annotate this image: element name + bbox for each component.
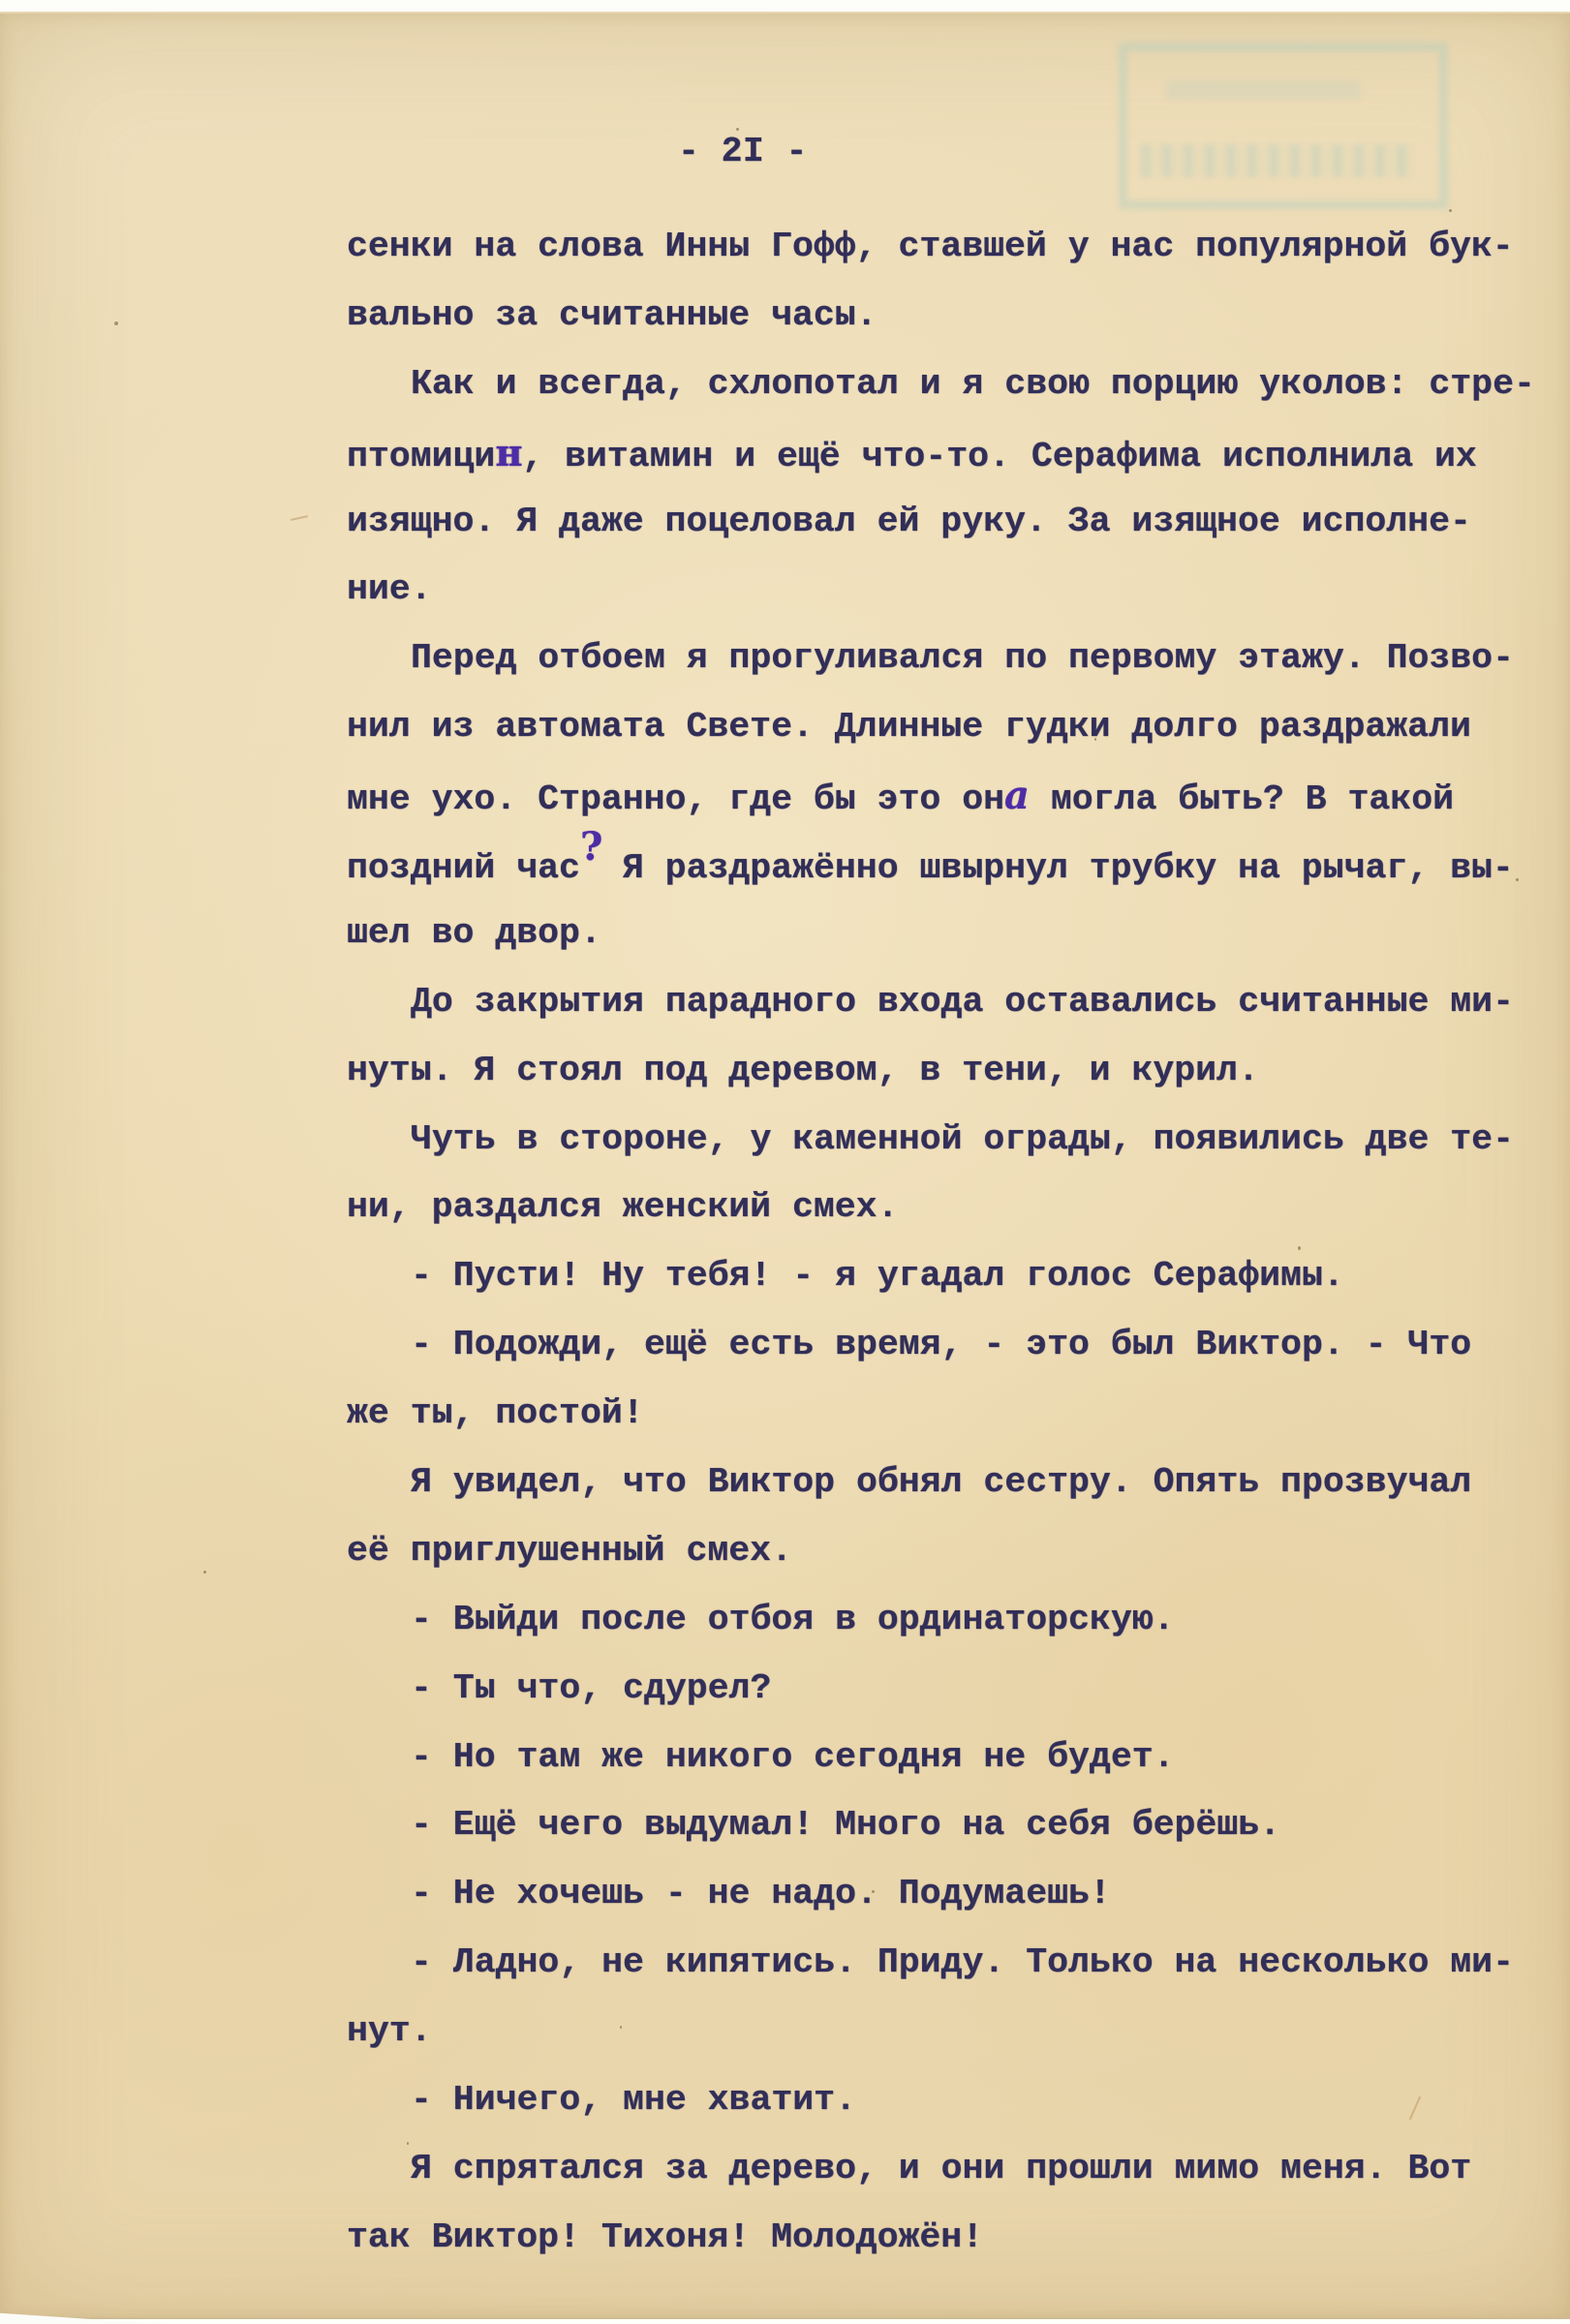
text-line: птомицин, витамин и ещё что-то. Серафима…: [347, 419, 1548, 488]
handwritten-question-mark: ?: [580, 813, 601, 882]
text-line: шел во двор.: [347, 900, 1548, 968]
text-line: её приглушенный смех.: [347, 1517, 1548, 1586]
ghost-stamp-smudge: [1166, 80, 1360, 100]
typed-text: поздний час: [347, 848, 580, 888]
text-line: - Но там же никого сегодня не будет.: [347, 1724, 1548, 1792]
text-line: ни, раздался женский смех.: [347, 1174, 1548, 1242]
text-line: - Выйди после отбоя в ординаторскую.: [347, 1586, 1548, 1655]
text-line: - Ты что, сдурел?: [347, 1655, 1548, 1724]
text-line: нут.: [347, 1998, 1548, 2066]
text-line: До закрытия парадного входа оставались с…: [347, 968, 1548, 1037]
text-line: - Не хочешь - не надо. Подумаешь!: [347, 1860, 1548, 1929]
text-line: сенки на слова Инны Гофф, ставшей у нас …: [347, 213, 1548, 282]
text-line: Я спрятался за дерево, и они прошли мимо…: [347, 2135, 1548, 2204]
page-number: - 2I -: [678, 132, 808, 171]
handwritten-letter-correction: а: [1004, 773, 1030, 818]
text-line: Чуть в стороне, у каменной ограды, появи…: [347, 1106, 1548, 1175]
typed-text: , витамин и ещё что-то. Серафима исполни…: [522, 437, 1477, 476]
text-line: нил из автомата Свете. Длинные гудки дол…: [347, 693, 1548, 762]
text-line: же ты, постой!: [347, 1380, 1548, 1449]
typed-text: птомици: [347, 437, 495, 476]
text-line: Перед отбоем я прогуливался по первому э…: [347, 625, 1548, 693]
text-line: - Ещё чего выдумал! Много на себя берёшь…: [347, 1791, 1548, 1860]
text-line: Как и всегда, схлопотал и я свою порцию …: [347, 351, 1548, 419]
typed-text: мне ухо. Странно, где бы это он: [347, 780, 1004, 819]
text-line: - Ладно, не кипятись. Приду. Только на н…: [347, 1929, 1548, 1998]
typed-text: Я раздражённо швырнул трубку на рычаг, в…: [601, 848, 1514, 888]
text-line: - Ничего, мне хватит.: [347, 2066, 1548, 2135]
scanned-page: { "page": { "number_label": "- 2I -", "p…: [0, 0, 1570, 2324]
paper-sheet: - 2I - сенки на слова Инны Гофф, ставшей…: [0, 12, 1570, 2319]
text-line: нуты. Я стоял под деревом, в тени, и кур…: [347, 1037, 1548, 1106]
text-line: мне ухо. Странно, где бы это она могла б…: [347, 762, 1548, 831]
text-line: - Подожди, ещё есть время, - это был Вик…: [347, 1311, 1548, 1380]
text-line: - Пусти! Ну тебя! - я угадал голос Сераф…: [347, 1242, 1548, 1311]
text-line: вально за считанные часы.: [347, 282, 1548, 351]
ghost-stamp-smudge: [1141, 144, 1412, 177]
text-block: сенки на слова Инны Гофф, ставшей у нас …: [347, 213, 1548, 2273]
text-line: так Виктор! Тихоня! Молодожён!: [347, 2204, 1548, 2273]
text-line: Я увидел, что Виктор обнял сестру. Опять…: [347, 1449, 1548, 1517]
ghost-stamp: [1119, 43, 1448, 209]
typed-text: могла быть? В такой: [1030, 780, 1454, 819]
text-line: изящно. Я даже поцеловал ей руку. За изя…: [347, 488, 1548, 557]
text-line: поздний час? Я раздражённо швырнул трубк…: [347, 831, 1548, 900]
handwritten-overstrike-letter: н: [495, 431, 522, 474]
text-line: ние.: [347, 556, 1548, 625]
